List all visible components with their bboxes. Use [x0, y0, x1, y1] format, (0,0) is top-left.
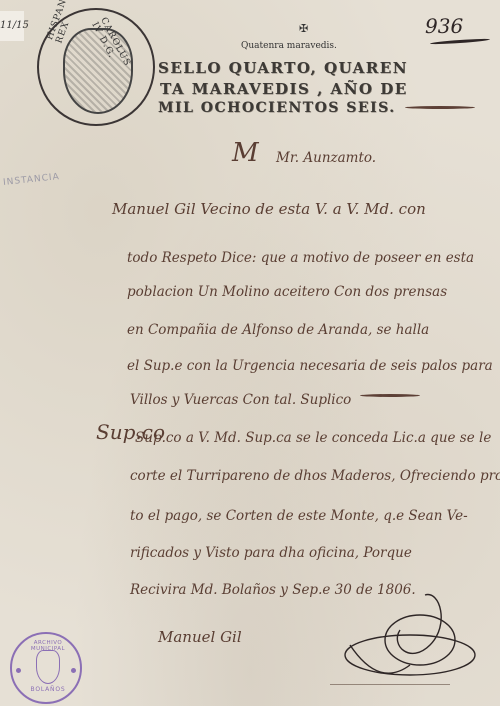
municipal-crest-icon: [36, 650, 60, 684]
folio-underline: [430, 38, 490, 45]
petition-line-3: to el pago, se Corten de este Monte, q.e…: [130, 508, 468, 524]
ink-stroke: [360, 394, 420, 397]
stamp-denomination: Quatenra maravedis.: [241, 41, 337, 51]
petition-line-2: corte el Turripareno de dhos Maderos, Of…: [130, 468, 500, 484]
margin-pencil-note: INSTANCIA: [3, 172, 61, 188]
body-line-2: todo Respeto Dice: que a motivo de posee…: [127, 250, 474, 266]
archive-municipal-stamp: ARCHIVO MUNICIPAL BOLAÑOS: [10, 632, 82, 704]
stamp-line-2: TA MARAVEDIS , AÑO DE: [160, 80, 408, 98]
signature-rubric-icon: [330, 585, 480, 685]
body-line-1: Manuel Gil Vecino de esta V. a V. Md. co…: [112, 200, 426, 218]
archive-stamp-bottom-text: BOLAÑOS: [20, 686, 76, 693]
stamp-line-1: SELLO QUARTO, QUAREN: [158, 59, 408, 77]
body-line-6: Villos y Vuercas Con tal. Suplico: [130, 392, 351, 408]
petition-line-1: Sup.co a V. Md. Sup.ca se le conceda Lic…: [135, 430, 491, 446]
salutation: Mr. Aunzamto.: [276, 150, 376, 166]
folio-tab-label: 11/15: [0, 11, 24, 41]
stamp-line-3: MIL OCHOCIENTOS SEIS.: [158, 100, 396, 116]
stamp-dot-icon: [16, 668, 21, 673]
stamp-dot-icon: [71, 668, 76, 673]
body-line-4: en Compañia de Alfonso de Aranda, se hal…: [127, 322, 429, 338]
salutation-initial: M: [232, 138, 259, 168]
cross-icon: ✠: [299, 22, 308, 35]
body-line-5: el Sup.e con la Urgencia necesaria de se…: [127, 358, 493, 374]
petition-line-4: rificados y Visto para dha oficina, Porq…: [130, 545, 412, 561]
signature: Manuel Gil: [158, 628, 242, 646]
ink-stroke: [405, 106, 475, 109]
folio-number: 936: [425, 14, 463, 38]
body-line-3: poblacion Un Molino aceitero Con dos pre…: [127, 284, 447, 300]
royal-seal-stamp: HISPANIARUM REX CAROLUS IV D.G.: [37, 8, 155, 126]
